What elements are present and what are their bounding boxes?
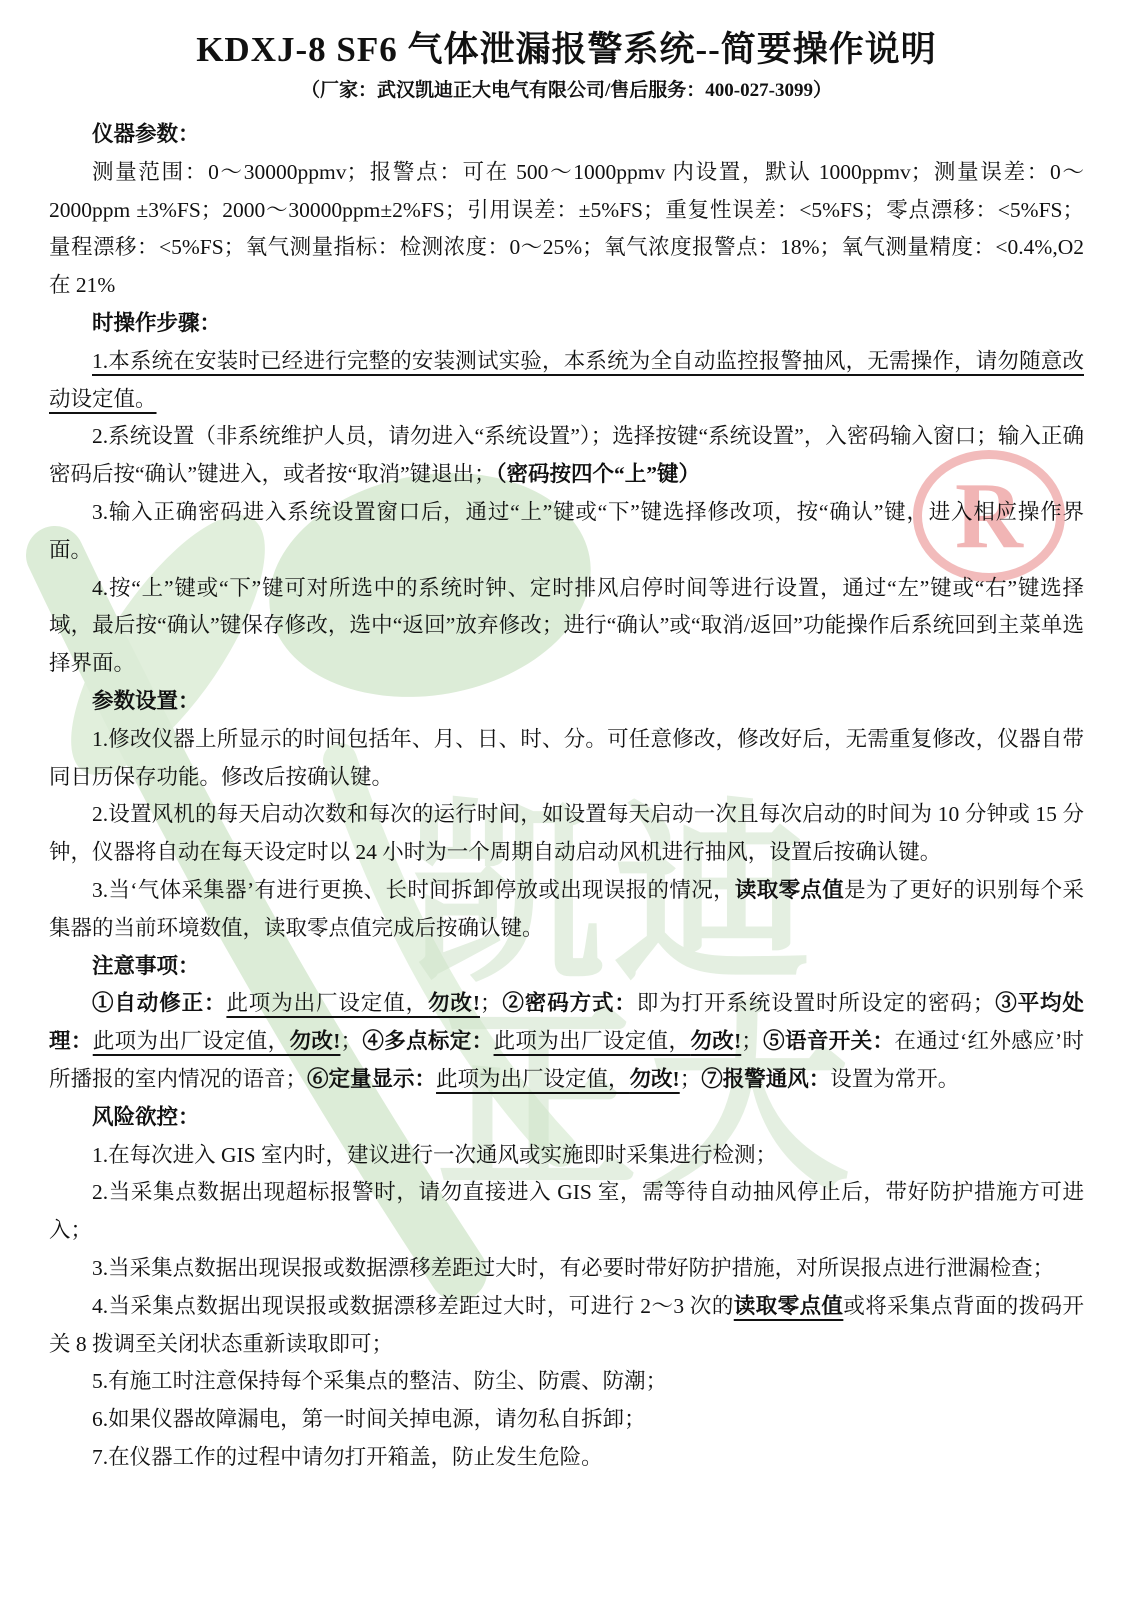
text-run: 3.输入正确密码进入系统设置窗口后，通过“上”键或“下”键选择修改项，按“确认”…: [49, 500, 1084, 562]
para-param-1: 1.修改仪器上所显示的时间包括年、月、日、时、分。可任意修改，修改好后，无需重复…: [49, 721, 1084, 797]
para-step-4: 4.按“上”键或“下”键可对所选中的系统时钟、定时排风启停时间等进行设置，通过“…: [49, 570, 1084, 683]
para-risk-5: 5.有施工时注意保持每个采集点的整洁、防尘、防震、防潮；: [49, 1363, 1084, 1401]
para-step-1: 1.本系统在安装时已经进行完整的安装测试实验，本系统为全自动监控报警抽风，无需操…: [49, 343, 1084, 419]
para-step-3: 3.输入正确密码进入系统设置窗口后，通过“上”键或“下”键选择修改项，按“确认”…: [49, 494, 1084, 570]
text-run: 3.当采集点数据出现误报或数据漂移差距过大时，有必要时带好防护措施，对所误报点进…: [92, 1256, 1054, 1280]
text-run: 时操作步骤：: [92, 311, 221, 335]
page-title: KDXJ-8 SF6 气体泄漏报警系统--简要操作说明: [49, 26, 1084, 74]
text-run: 勿改!: [630, 1067, 680, 1091]
heading-notes: 注意事项：: [49, 948, 1084, 986]
para-param-3: 3.当‘气体采集器’有进行更换、长时间拆卸停放或出现误报的情况，读取零点值是为了…: [49, 872, 1084, 948]
para-risk-3: 3.当采集点数据出现误报或数据漂移差距过大时，有必要时带好防护措施，对所误报点进…: [49, 1250, 1084, 1288]
text-run: 1.修改仪器上所显示的时间包括年、月、日、时、分。可任意修改，修改好后，无需重复…: [49, 727, 1084, 789]
heading-operation-steps: 时操作步骤：: [49, 305, 1084, 343]
text-run: 此项为出厂设定值，: [226, 991, 428, 1015]
document-content: 仪器参数：测量范围：0～30000ppmv；报警点：可在 500～1000ppm…: [49, 116, 1084, 1477]
text-run: 1.本系统在安装时已经进行完整的安装测试实验，本系统为全自动监控报警抽风，无需操…: [49, 349, 1084, 411]
text-run: 注意事项：: [92, 954, 200, 978]
heading-parameter-settings: 参数设置：: [49, 683, 1084, 721]
text-run: 仪器参数：: [92, 122, 200, 146]
text-run: ；: [480, 991, 502, 1015]
text-run: 设置为常开。: [830, 1067, 959, 1091]
document-page: 凯迪 正大 R KDXJ-8 SF6 气体泄漏报警系统--简要操作说明 （厂家：…: [0, 0, 1131, 1600]
text-run: 读取零点值: [735, 878, 844, 902]
heading-instrument-parameters: 仪器参数：: [49, 116, 1084, 154]
text-run: 勿改!: [290, 1029, 341, 1053]
para-measurement-specs: 测量范围：0～30000ppmv；报警点：可在 500～1000ppmv 内设置…: [49, 154, 1084, 305]
para-risk-6: 6.如果仪器故障漏电，第一时间关掉电源，请勿私自拆卸；: [49, 1401, 1084, 1439]
text-run: 风险欲控：: [92, 1105, 200, 1129]
text-run: 5.有施工时注意保持每个采集点的整洁、防尘、防震、防潮；: [92, 1369, 667, 1393]
para-risk-4: 4.当采集点数据出现误报或数据漂移差距过大时，可进行 2～3 次的读取零点值或将…: [49, 1288, 1084, 1364]
page-subtitle: （厂家：武汉凯迪正大电气有限公司/售后服务：400-027-3099）: [49, 74, 1084, 108]
para-notes: ①自动修正：此项为出厂设定值，勿改!；②密码方式：即为打开系统设置时所设定的密码…: [49, 985, 1084, 1098]
para-risk-1: 1.在每次进入 GIS 室内时，建议进行一次通风或实施即时采集进行检测；: [49, 1137, 1084, 1175]
text-run: 4.当采集点数据出现误报或数据漂移差距过大时，可进行 2～3 次的: [92, 1294, 734, 1318]
text-run: 测量范围：0～30000ppmv；报警点：可在 500～1000ppmv 内设置…: [49, 160, 1084, 297]
text-run: 3.当‘气体采集器’有进行更换、长时间拆卸停放或出现误报的情况，: [92, 878, 735, 902]
text-run: 即为打开系统设置时所设定的密码；: [637, 991, 995, 1015]
text-run: 此项为出厂设定值，: [494, 1029, 691, 1053]
text-run: ；: [340, 1029, 362, 1053]
text-run: ；: [680, 1067, 702, 1091]
text-run: 1.在每次进入 GIS 室内时，建议进行一次通风或实施即时采集进行检测；: [92, 1143, 777, 1167]
text-run: 此项为出厂设定值，: [93, 1029, 290, 1053]
document-body: KDXJ-8 SF6 气体泄漏报警系统--简要操作说明 （厂家：武汉凯迪正大电气…: [0, 0, 1131, 1477]
text-run: 参数设置：: [92, 689, 200, 713]
para-risk-7: 7.在仪器工作的过程中请勿打开箱盖，防止发生危险。: [49, 1439, 1084, 1477]
text-run: 此项为出厂设定值，: [436, 1067, 630, 1091]
text-run: 2.当采集点数据出现超标报警时，请勿直接进入 GIS 室，需等待自动抽风停止后，…: [49, 1180, 1084, 1242]
heading-risk-control: 风险欲控：: [49, 1099, 1084, 1137]
text-run: ②密码方式：: [502, 991, 637, 1015]
text-run: 2.设置风机的每天启动次数和每次的运行时间，如设置每天启动一次且每次启动的时间为…: [49, 802, 1084, 864]
para-risk-2: 2.当采集点数据出现超标报警时，请勿直接进入 GIS 室，需等待自动抽风停止后，…: [49, 1174, 1084, 1250]
text-run: ⑥定量显示：: [307, 1067, 436, 1091]
text-run: 6.如果仪器故障漏电，第一时间关掉电源，请勿私自拆卸；: [92, 1407, 646, 1431]
text-run: 勿改!: [690, 1029, 741, 1053]
text-run: ①自动修正：: [92, 991, 226, 1015]
text-run: ④多点标定：: [362, 1029, 494, 1053]
text-run: ；: [741, 1029, 763, 1053]
text-run: （密码按四个“上”键）: [496, 462, 700, 486]
text-run: 勿改!: [428, 991, 480, 1015]
text-run: ⑤语音开关：: [763, 1029, 895, 1053]
text-run: ⑦报警通风：: [701, 1067, 830, 1091]
para-step-2: 2.系统设置（非系统维护人员，请勿进入“系统设置”）；选择按键“系统设置”，入密…: [49, 418, 1084, 494]
text-run: 7.在仪器工作的过程中请勿打开箱盖，防止发生危险。: [92, 1445, 603, 1469]
para-param-2: 2.设置风机的每天启动次数和每次的运行时间，如设置每天启动一次且每次启动的时间为…: [49, 796, 1084, 872]
text-run: 4.按“上”键或“下”键可对所选中的系统时钟、定时排风启停时间等进行设置，通过“…: [49, 576, 1084, 676]
text-run: 读取零点值: [734, 1294, 844, 1318]
